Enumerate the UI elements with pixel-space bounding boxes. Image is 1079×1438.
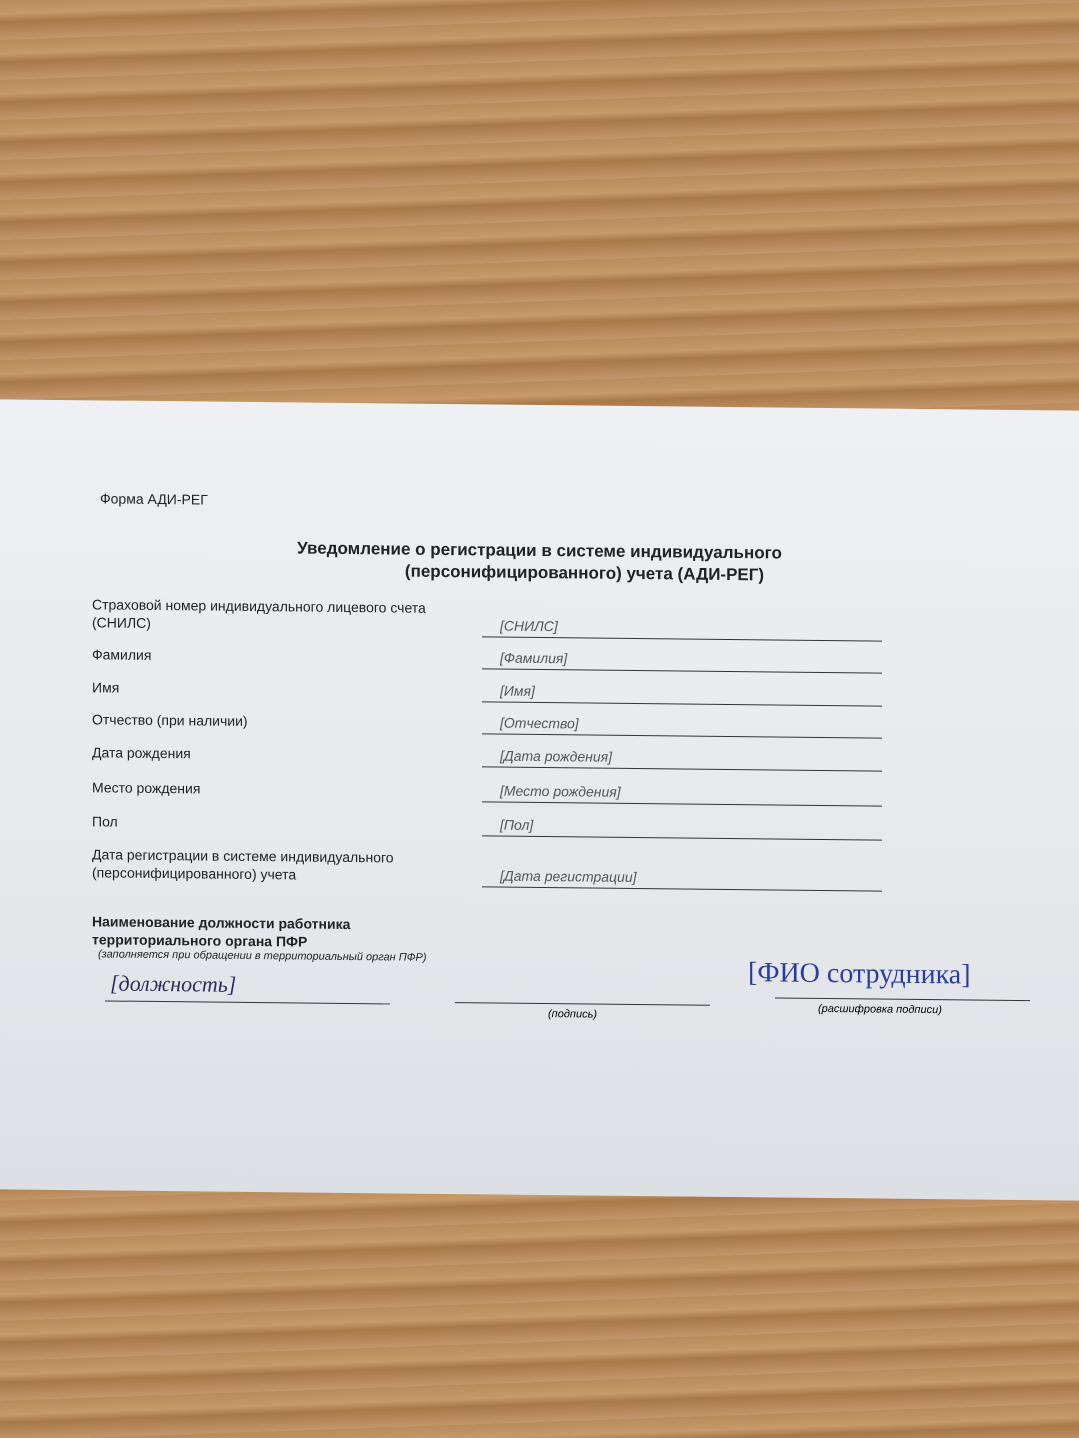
field-value: [Дата регистрации] bbox=[482, 867, 882, 891]
fields-list: Страховой номер индивидуального лицевого… bbox=[0, 399, 1079, 410]
field-row: Место рождения[Место рождения] bbox=[92, 778, 882, 786]
field-row: Дата регистрации в системе индивидуально… bbox=[92, 845, 882, 853]
position-label: Наименование должности работника террито… bbox=[92, 912, 412, 951]
decode-caption: (расшифровка подписи) bbox=[818, 1003, 942, 1016]
field-label: Фамилия bbox=[92, 645, 487, 667]
field-row: Страховой номер индивидуального лицевого… bbox=[92, 595, 882, 603]
field-value: [СНИЛС] bbox=[482, 617, 882, 641]
field-value: [Имя] bbox=[482, 682, 882, 706]
signer-name: [ФИО сотрудника] bbox=[748, 957, 971, 991]
position-hint: (заполняется при обращении в территориал… bbox=[98, 948, 478, 964]
field-value: [Отчество] bbox=[482, 714, 882, 738]
field-value: [Пол] bbox=[482, 816, 882, 840]
position-line bbox=[105, 1000, 390, 1004]
field-row: Фамилия[Фамилия] bbox=[92, 645, 882, 653]
document-sheet: Форма АДИ-РЕГ Уведомление о регистрации … bbox=[0, 399, 1079, 1200]
field-label: Дата регистрации в системе индивидуально… bbox=[92, 845, 487, 885]
field-row: Дата рождения[Дата рождения] bbox=[92, 743, 882, 751]
signature-line bbox=[455, 1002, 710, 1006]
field-label: Имя bbox=[92, 678, 487, 700]
field-label: Страховой номер индивидуального лицевого… bbox=[92, 595, 487, 635]
field-row: Имя[Имя] bbox=[92, 678, 882, 686]
signature-caption: (подпись) bbox=[548, 1008, 597, 1021]
decode-line bbox=[775, 997, 1030, 1001]
field-value: [Дата рождения] bbox=[482, 747, 882, 771]
field-row: Пол[Пол] bbox=[92, 812, 882, 820]
field-label: Пол bbox=[92, 812, 487, 834]
field-label: Отчество (при наличии) bbox=[92, 710, 487, 732]
field-label: Место рождения bbox=[92, 778, 487, 800]
field-value: [Место рождения] bbox=[482, 782, 882, 806]
field-value: [Фамилия] bbox=[482, 649, 882, 673]
field-row: Отчество (при наличии)[Отчество] bbox=[92, 710, 882, 718]
form-name: Форма АДИ-РЕГ bbox=[100, 490, 208, 507]
document-title: Уведомление о регистрации в системе инди… bbox=[0, 534, 1079, 589]
field-label: Дата рождения bbox=[92, 743, 487, 765]
position-value: [должность] bbox=[110, 971, 236, 998]
